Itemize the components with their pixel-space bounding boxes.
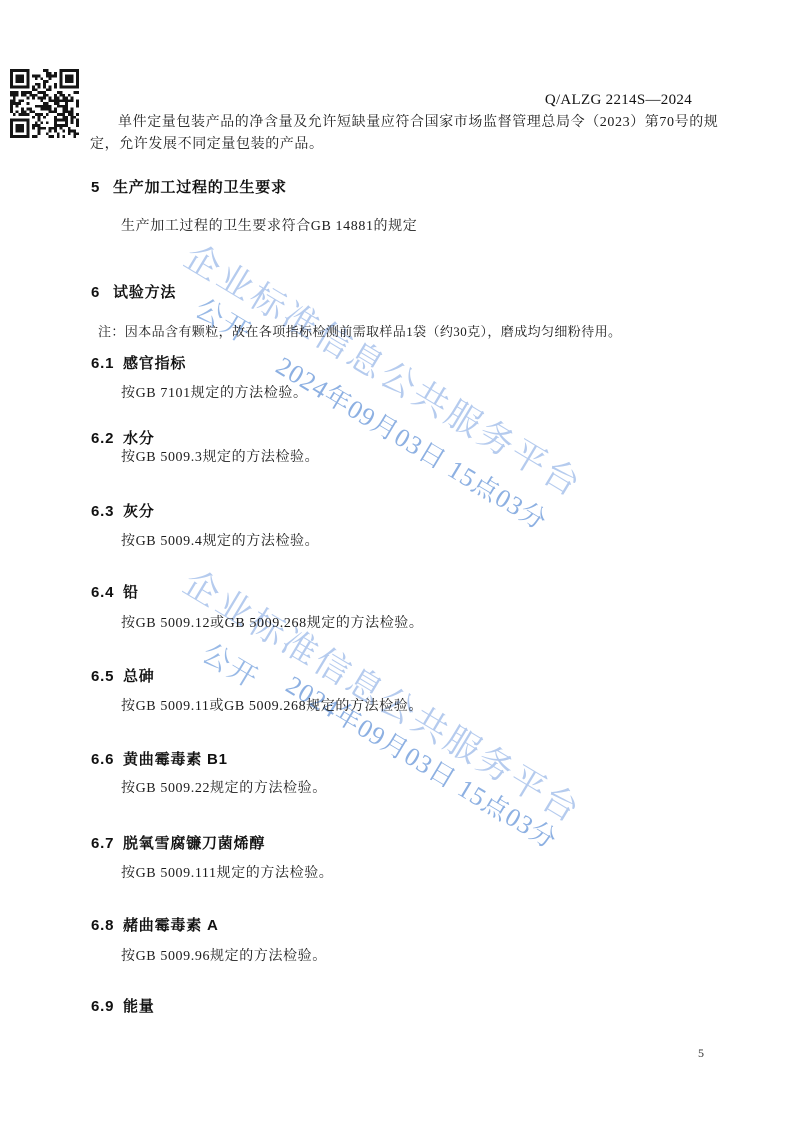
- subsection-title: 感官指标: [123, 355, 186, 372]
- subsection-heading: 6.1感官指标: [91, 352, 186, 373]
- subsection-heading: 6.4铅: [91, 581, 139, 602]
- section-body: 生产加工过程的卫生要求符合GB 14881的规定: [121, 215, 417, 235]
- subsection-body: 按GB 5009.12或GB 5009.268规定的方法检验。: [121, 612, 424, 632]
- subsection-body: 按GB 5009.4规定的方法检验。: [121, 530, 319, 550]
- subsection-body: 按GB 5009.96规定的方法检验。: [121, 945, 327, 965]
- subsection-title: 赭曲霉毒素 A: [123, 917, 219, 934]
- section-note: 注：因本品含有颗粒，故在各项指标检测前需取样品1袋（约30克），磨成均匀细粉待用…: [98, 321, 621, 340]
- subsection-body: 按GB 5009.3规定的方法检验。: [121, 446, 319, 466]
- subsection-number: 6.7: [91, 835, 123, 852]
- section-title: 生产加工过程的卫生要求: [113, 179, 287, 196]
- subsection-body: 按GB 5009.111规定的方法检验。: [121, 862, 333, 882]
- subsection-number: 6.2: [91, 430, 123, 447]
- qr-code: [10, 69, 79, 138]
- subsection-heading: 6.3灰分: [91, 500, 155, 521]
- subsection-number: 6.5: [91, 668, 123, 685]
- subsection-body: 按GB 5009.22规定的方法检验。: [121, 777, 327, 797]
- subsection-number: 6.3: [91, 503, 123, 520]
- subsection-title: 灰分: [123, 503, 155, 520]
- section-number: 6: [91, 284, 113, 301]
- section-title: 试验方法: [113, 284, 176, 301]
- page-number: 5: [698, 1046, 704, 1061]
- intro-paragraph: 单件定量包装产品的净含量及允许短缺量应符合国家市场监督管理总局令（2023）第7…: [90, 112, 734, 156]
- section-number: 5: [91, 179, 113, 196]
- section-heading: 5生产加工过程的卫生要求: [91, 176, 287, 197]
- subsection-number: 6.8: [91, 917, 123, 934]
- subsection-title: 铅: [123, 584, 139, 601]
- subsection-heading: 6.7脱氧雪腐镰刀菌烯醇: [91, 832, 265, 853]
- subsection-title: 水分: [123, 430, 155, 447]
- document-page: 企业标准信息公共服务平台 公开 2024年09月03日 15点03分 企业标准信…: [0, 0, 794, 1123]
- subsection-body: 按GB 7101规定的方法检验。: [121, 382, 308, 402]
- subsection-heading: 6.2水分: [91, 427, 155, 448]
- subsection-number: 6.4: [91, 584, 123, 601]
- section-heading: 6试验方法: [91, 281, 176, 302]
- content-layer: Q/ALZG 2214S—2024 单件定量包装产品的净含量及允许短缺量应符合国…: [0, 0, 794, 1123]
- subsection-heading: 6.9能量: [91, 995, 155, 1016]
- subsection-title: 能量: [123, 998, 155, 1015]
- subsection-number: 6.1: [91, 355, 123, 372]
- subsection-body: 按GB 5009.11或GB 5009.268规定的方法检验。: [121, 695, 423, 715]
- subsection-heading: 6.6黄曲霉毒素 B1: [91, 748, 228, 769]
- subsection-title: 黄曲霉毒素 B1: [123, 751, 228, 768]
- subsection-title: 脱氧雪腐镰刀菌烯醇: [123, 835, 265, 852]
- doc-code: Q/ALZG 2214S—2024: [545, 92, 692, 109]
- subsection-number: 6.9: [91, 998, 123, 1015]
- subsection-number: 6.6: [91, 751, 123, 768]
- subsection-title: 总砷: [123, 668, 155, 685]
- subsection-heading: 6.5总砷: [91, 665, 155, 686]
- subsection-heading: 6.8赭曲霉毒素 A: [91, 914, 219, 935]
